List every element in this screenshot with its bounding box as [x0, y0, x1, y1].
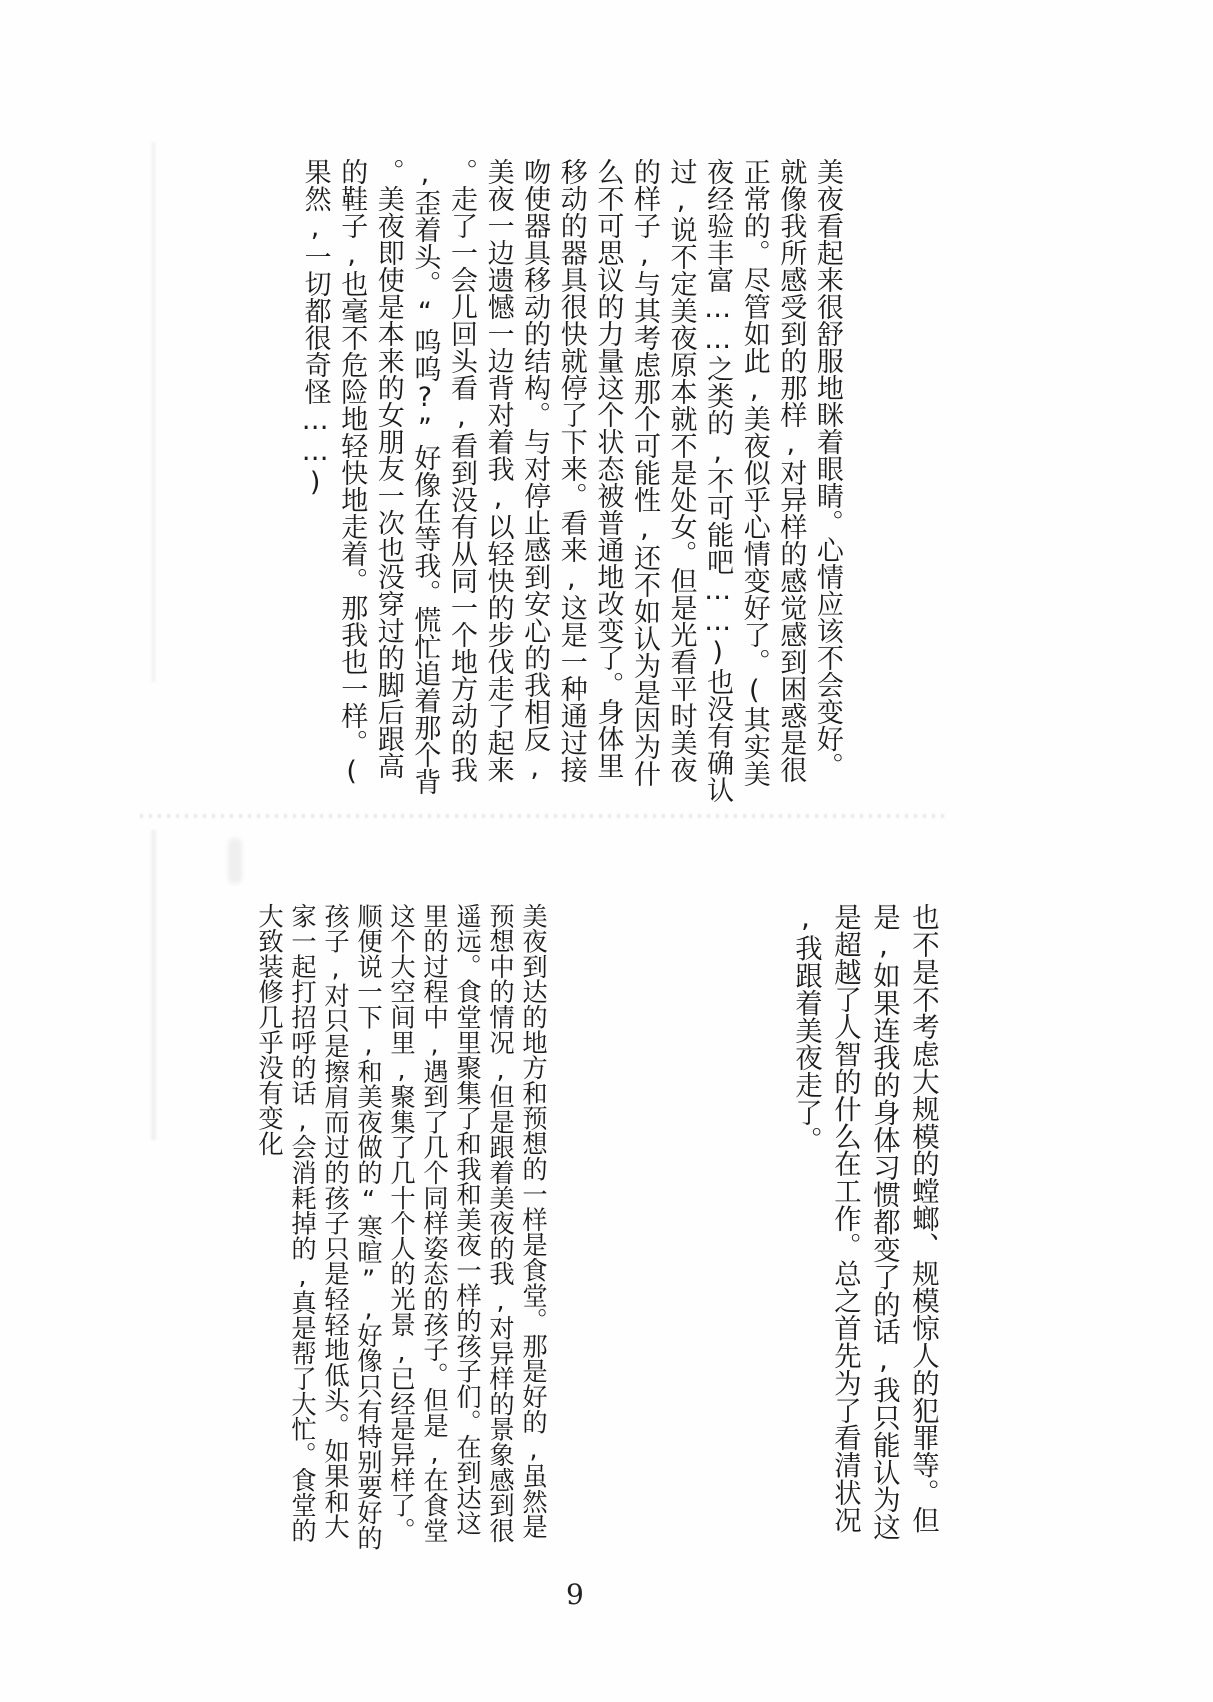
- text-column: 就像我所感受到的那样,对异样的感觉感到困惑是很: [772, 158, 809, 792]
- text-column: 正常的。尽管如此,美夜似乎心情变好了。(其实美: [735, 158, 772, 792]
- text-column: 的鞋子,也毫不危险地轻快地走着。那我也一样。(: [333, 158, 370, 792]
- text-block-upper: 美夜看起来很舒服地眯着眼睛。心情应该不会变好。就像我所感受到的那样,对异样的感觉…: [296, 158, 845, 792]
- scanned-book-page: 美夜看起来很舒服地眯着眼睛。心情应该不会变好。就像我所感受到的那样,对异样的感觉…: [0, 0, 1213, 1702]
- scan-artifact: [228, 838, 242, 884]
- scan-artifact: [151, 830, 156, 1140]
- text-column: 预想中的情况,但是跟着美夜的我,对异样的景象感到很: [484, 903, 517, 1541]
- text-column: 也不是不考虑大规模的螳螂、规模惊人的犯罪等。但: [903, 903, 942, 1543]
- text-column: 家一起打招呼的话,会消耗掉的,真是帮了大忙。食堂的: [286, 903, 319, 1541]
- text-column: 遥远。食堂里聚集了和我和美夜一样的孩子们。在到达这: [451, 903, 484, 1541]
- scan-artifact: [140, 814, 945, 818]
- text-column: ,歪着头。“呜呜?”好像在等我。慌忙追着那个背: [406, 158, 443, 792]
- text-column: 是超越了人智的什么在工作。总之首先为了看清状况: [825, 903, 864, 1543]
- text-column: 大致装修几乎没有变化: [253, 903, 286, 1541]
- text-block-lower-left: 美夜到达的地方和预想的一样是食堂。那是好的,虽然是预想中的情况,但是跟着美夜的我…: [253, 903, 550, 1541]
- text-column: 是,如果连我的身体习惯都变了的话,我只能认为这: [864, 903, 903, 1543]
- text-column: 顺便说一下,和美夜做的“寒暄”,好像只有特别要好的: [352, 903, 385, 1541]
- text-column: 吻使器具移动的结构。与对停止感到安心的我相反,: [516, 158, 553, 792]
- text-column: 过,说不定美夜原本就不是处女。但是光看平时美夜: [662, 158, 699, 792]
- text-column: 。美夜即使是本来的女朋友一次也没穿过的脚后跟高: [369, 158, 406, 792]
- text-column: 么不可思议的力量这个状态被普通地改变了。身体里: [589, 158, 626, 792]
- text-column: 的样子,与其考虑那个可能性,还不如认为是因为什: [625, 158, 662, 792]
- page-number: 9: [566, 1578, 584, 1611]
- text-column: 美夜到达的地方和预想的一样是食堂。那是好的,虽然是: [517, 903, 550, 1541]
- text-column: 夜经验丰富……之类的,不可能吧……)也没有确认: [699, 158, 736, 792]
- text-column: 。走了一会儿回头看,看到没有从同一个地方动的我: [442, 158, 479, 792]
- text-column: ,我跟着美夜走了。: [786, 903, 825, 1543]
- text-column: 移动的器具很快就停了下来。看来,这是一种通过接: [552, 158, 589, 792]
- text-column: 美夜看起来很舒服地眯着眼睛。心情应该不会变好。: [808, 158, 845, 792]
- text-column: 孩子,对只是擦肩而过的孩子只是轻轻地低头。如果和大: [319, 903, 352, 1541]
- text-block-lower-right: 也不是不考虑大规模的螳螂、规模惊人的犯罪等。但是,如果连我的身体习惯都变了的话,…: [786, 903, 942, 1543]
- text-column: 美夜一边遗憾一边背对着我,以轻快的步伐走了起来: [479, 158, 516, 792]
- text-column: 果然,一切都很奇怪……): [296, 158, 333, 792]
- text-column: 里的过程中,遇到了几个同样姿态的孩子。但是,在食堂: [418, 903, 451, 1541]
- scan-artifact: [151, 142, 156, 682]
- text-column: 这个大空间里,聚集了几十个人的光景,已经是异样了。: [385, 903, 418, 1541]
